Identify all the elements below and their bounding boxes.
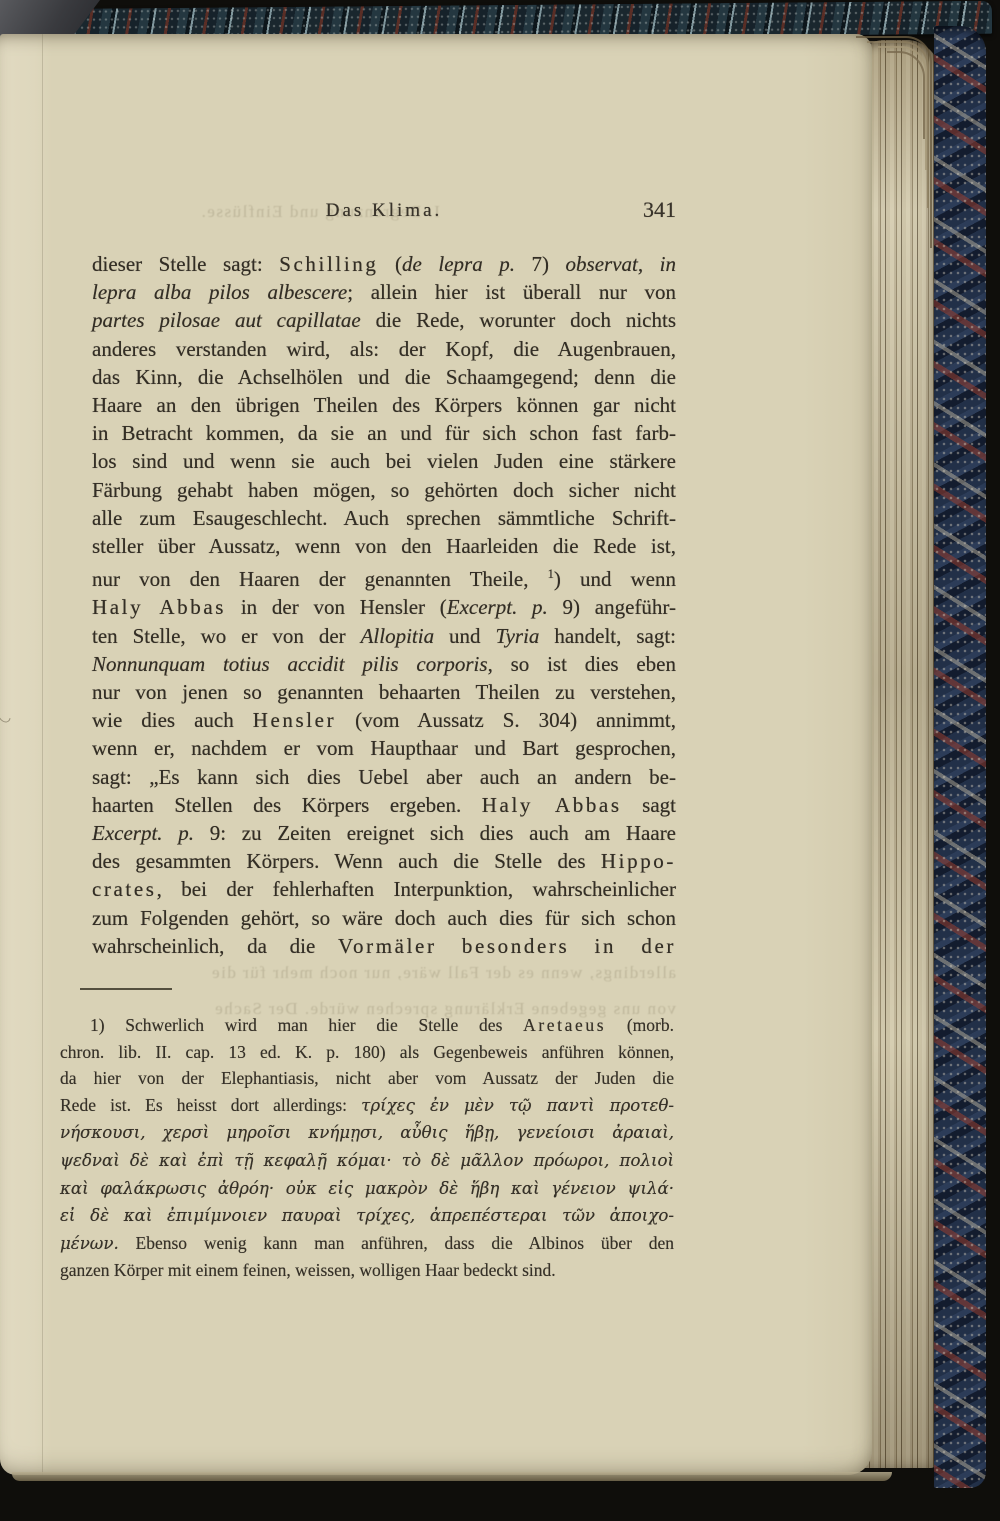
text-line: lepra alba pilos albescere; allein hier … [92,278,676,306]
text-line: Färbung gehabt haben mögen, so gehörten … [92,476,676,504]
text-line: ten Stelle, wo er von der Allopitia und … [92,622,676,650]
body-text: dieser Stelle sagt: Schilling (de lepra … [92,250,676,960]
text-line: des gesammten Körpers. Wenn auch die Ste… [92,847,676,875]
text-line: μένων. Ebenso wenig kann man anführen, d… [60,1230,674,1258]
page-curl [887,51,925,139]
book-page: I. Begrenzung und Einflüsse. Das Klima. … [0,34,872,1475]
page-crease [42,34,43,1475]
text-line: da hier von der Elephantiasis, nicht abe… [60,1065,674,1092]
text-line: νήσκουσι, χερσὶ μηροῖσι κνήμῃσι, αὖθις ἥ… [60,1119,674,1147]
text-line: crates, bei der fehlerhaften Interpunkti… [92,875,676,903]
text-line: wenn er, nachdem er vom Haupthaar und Ba… [92,734,676,762]
text-line: Excerpt. p. 9: zu Zeiten ereignet sich d… [92,819,676,847]
text-line: ganzen Körper mit einem feinen, weissen,… [60,1257,674,1284]
text-line: los sind und wenn sie auch bei vielen Ju… [92,447,676,475]
text-line: zum Folgenden gehört, so wäre doch auch … [92,904,676,932]
text-line: in Betracht kommen, da sie an und für si… [92,419,676,447]
page-number: 341 [643,197,676,223]
page-header: Das Klima. 341 [92,200,676,228]
text-line: Nonnunquam totius accidit pilis corporis… [92,650,676,678]
running-title: Das Klima. [92,200,676,222]
text-line: nur von jenen so genannten behaarten The… [92,678,676,706]
text-line: εἰ δὲ καὶ ἐπιμίμνοιεν παυραὶ τρίχες, ἀπρ… [60,1202,674,1230]
footnote-separator-rule [80,988,172,990]
footnote-text: 1) Schwerlich wird man hier die Stelle d… [60,1012,674,1284]
text-line: partes pilosae aut capillatae die Rede, … [92,306,676,334]
text-line: sagt: „Es kann sich dies Uebel aber auch… [92,763,676,791]
text-line: steller über Aussatz, wenn von den Haarl… [92,532,676,560]
text-line: chron. lib. II. cap. 13 ed. K. p. 180) a… [60,1039,674,1066]
text-line: ψεδναὶ δὲ καὶ ἐπὶ τῇ κεφαλῇ κόμαι· τὸ δὲ… [60,1147,674,1175]
bleedthrough-line: allerdings, wenn es der Fall wäre, nur n… [92,963,676,983]
margin-ink-mark [0,704,13,725]
text-line: dieser Stelle sagt: Schilling (de lepra … [92,250,676,278]
text-line: Haare an den übrigen Theilen des Körpers… [92,391,676,419]
text-line: anderes verstanden wird, als: der Kopf, … [92,335,676,363]
text-line: wahrscheinlich, da die Vormäler besonder… [92,932,676,960]
text-line: Rede ist. Es heisst dort allerdings: τρί… [60,1092,674,1120]
text-line: alle zum Esaugeschlecht. Auch sprechen s… [92,504,676,532]
text-line: Haly Abbas in der von Hensler (Excerpt. … [92,593,676,621]
bottom-page-edges [12,1472,892,1481]
text-line: haarten Stellen des Körpers ergeben. Hal… [92,791,676,819]
page-corner-curls [852,34,976,274]
scanned-book-page: I. Begrenzung und Einflüsse. Das Klima. … [0,0,1000,1521]
text-line: nur von den Haaren der genannten Theile,… [92,560,676,593]
text-line: wie dies auch Hensler (vom Aussatz S. 30… [92,706,676,734]
text-line: καὶ φαλάκρωσις ἀθρόη· οὐκ εἰς μακρὸν δὲ … [60,1175,674,1203]
text-line: 1) Schwerlich wird man hier die Stelle d… [60,1012,674,1039]
text-line: das Kinn, die Achselhölen und die Schaam… [92,363,676,391]
